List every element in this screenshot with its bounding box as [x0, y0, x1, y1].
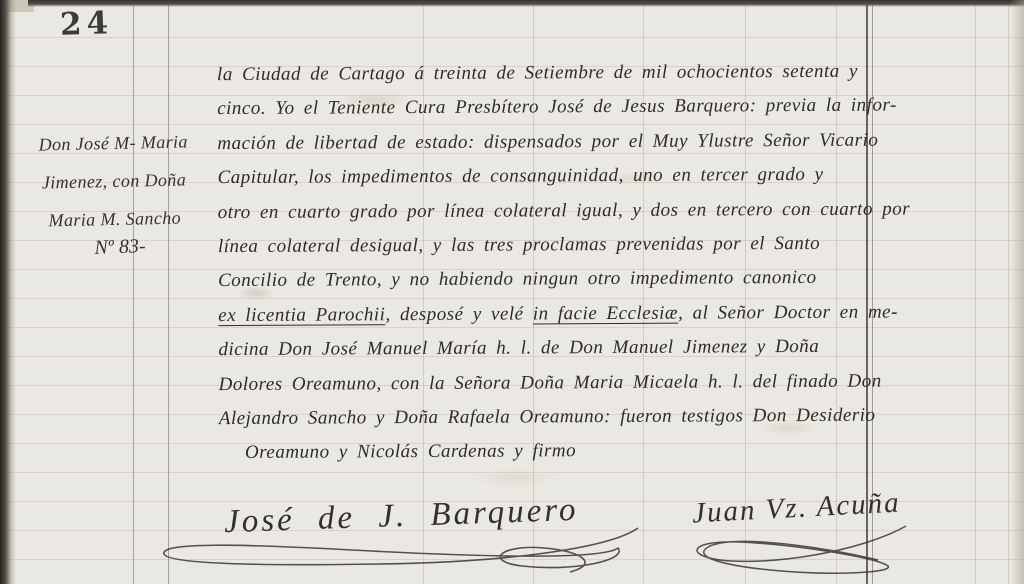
margin-note: Don José M- MariaJimenez, con DoñaMaria …: [15, 122, 213, 240]
entry-number: Nº 83-: [60, 234, 181, 261]
record-line-9: dicina Don José Manuel María h. l. de Do…: [218, 329, 1018, 368]
margin-note-line-1: Don José M- Maria: [15, 122, 212, 164]
margin-note-line-2: Jimenez, con Doña: [16, 160, 213, 202]
record-text-segment: cinco. Yo el Teniente Cura Presbítero Jo…: [217, 95, 897, 120]
record-line-5: otro en cuarto grado por línea colateral…: [218, 191, 1018, 230]
record-line-1: la Ciudad de Cartago á treinta de Setiem…: [217, 54, 1017, 93]
margin-note-line-3: Maria M. Sancho: [16, 198, 213, 240]
record-text-segment: , desposé y velé: [385, 303, 533, 325]
record-line-7: Concilio de Trento, y no habiendo ningun…: [218, 260, 1018, 299]
record-text: la Ciudad de Cartago á treinta de Setiem…: [217, 54, 1019, 471]
record-line-6: línea colateral desigual, y las tres pro…: [218, 226, 1018, 265]
register-page: 24 Don José M- MariaJimenez, con DoñaMar…: [0, 0, 1024, 584]
margin-rule-line: [168, 0, 169, 584]
record-line-12: Oreamuno y Nicolás Cardenas y firmo: [245, 432, 1019, 470]
record-line-11: Alejandro Sancho y Doña Rafaela Oreamuno…: [219, 398, 1019, 437]
folio-number: 24: [59, 5, 113, 43]
record-text-segment: Concilio de Trento, y no habiendo ningun…: [218, 267, 817, 291]
record-text-segment: mación de libertad de estado: dispensado…: [217, 129, 878, 153]
record-text-segment: línea colateral desigual, y las tres pro…: [218, 233, 820, 257]
record-text-segment: la Ciudad de Cartago á treinta de Setiem…: [217, 61, 858, 85]
record-text-segment: Capitular, los impedimentos de consangui…: [217, 164, 823, 188]
record-text-segment: Oreamuno y Nicolás Cardenas y firmo: [245, 441, 576, 464]
record-line-3: mación de libertad de estado: dispensado…: [217, 123, 1017, 162]
latin-phrase-underlined: ex licentia Parochii: [218, 304, 385, 326]
record-text-segment: Dolores Oreamuno, con la Señora Doña Mar…: [219, 370, 882, 394]
record-text-segment: Alejandro Sancho y Doña Rafaela Oreamuno…: [219, 405, 876, 429]
binding-edge: [0, 0, 16, 584]
record-text-segment: otro en cuarto grado por línea colateral…: [218, 198, 910, 223]
record-line-10: Dolores Oreamuno, con la Señora Doña Mar…: [219, 363, 1019, 402]
record-text-segment: dicina Don José Manuel María h. l. de Do…: [218, 336, 819, 360]
margin-rule-line: [133, 0, 134, 584]
record-line-2: cinco. Yo el Teniente Cura Presbítero Jo…: [217, 88, 1017, 127]
page-edge-top: [28, 0, 1024, 7]
record-line-8: ex licentia Parochii, desposé y velé in …: [218, 295, 1018, 334]
record-line-4: Capitular, los impedimentos de consangui…: [217, 157, 1017, 196]
latin-phrase-underlined: in facie Ecclesiæ: [533, 302, 678, 324]
record-text-segment: , al Señor Doctor en me-: [678, 301, 898, 323]
